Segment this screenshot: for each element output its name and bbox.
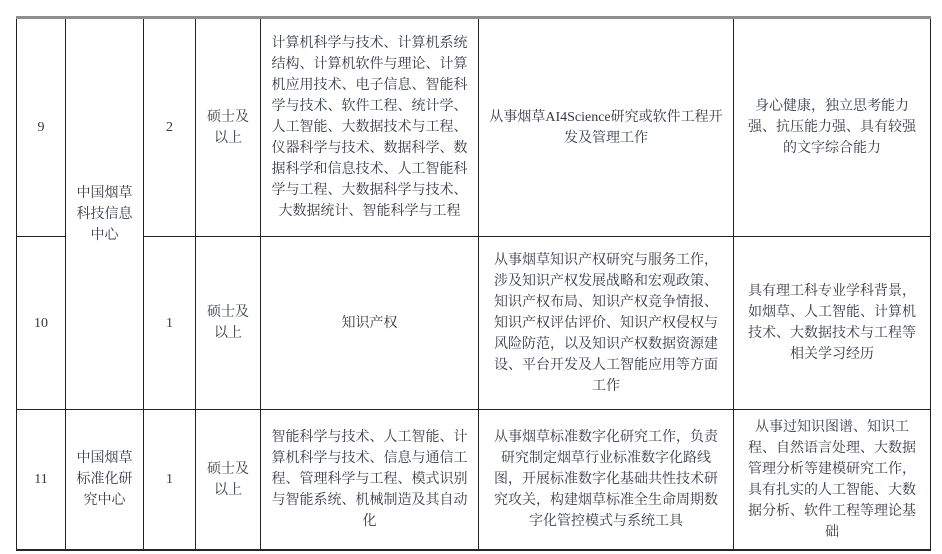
page-background: 9 中国烟草科技信息中心 2 硕士及以上 计算机科学与技术、计算机系统结构、计算… bbox=[0, 0, 942, 554]
duties-cell: 从事烟草AI4Science研究或软件工程开发及管理工作 bbox=[479, 18, 734, 237]
duties-cell: 从事烟草知识产权研究与服务工作，涉及知识产权发展战略和宏观政策、知识产权布局、知… bbox=[479, 237, 734, 410]
row-number-cell: 9 bbox=[17, 18, 66, 237]
org-cell: 中国烟草标准化研究中心 bbox=[66, 410, 144, 551]
majors-cell: 计算机科学与技术、计算机系统结构、计算机软件与理论、计算机应用技术、电子信息、智… bbox=[261, 18, 479, 237]
table-row: 11 中国烟草标准化研究中心 1 硕士及以上 智能科学与技术、人工智能、计算机科… bbox=[17, 410, 931, 551]
row-number-cell: 11 bbox=[17, 410, 66, 551]
headcount-cell: 1 bbox=[144, 237, 196, 410]
table-row: 10 1 硕士及以上 知识产权 从事烟草知识产权研究与服务工作，涉及知识产权发展… bbox=[17, 237, 931, 410]
headcount-cell: 1 bbox=[144, 410, 196, 551]
row-number-cell: 10 bbox=[17, 237, 66, 410]
majors-cell: 智能科学与技术、人工智能、计算机科学与技术、信息与通信工程、管理科学与工程、模式… bbox=[261, 410, 479, 551]
requirements-cell: 身心健康，独立思考能力强、抗压能力强、具有较强的文字综合能力 bbox=[734, 18, 931, 237]
requirements-cell: 从事过知识图谱、知识工程、自然语言处理、大数据管理分析等建模研究工作，具有扎实的… bbox=[734, 410, 931, 551]
table-row: 9 中国烟草科技信息中心 2 硕士及以上 计算机科学与技术、计算机系统结构、计算… bbox=[17, 18, 931, 237]
org-cell: 中国烟草科技信息中心 bbox=[66, 18, 144, 410]
duties-cell: 从事烟草标准数字化研究工作，负责研究制定烟草行业标准数字化路线图，开展标准数字化… bbox=[479, 410, 734, 551]
headcount-cell: 2 bbox=[144, 18, 196, 237]
education-cell: 硕士及以上 bbox=[196, 18, 261, 237]
education-cell: 硕士及以上 bbox=[196, 410, 261, 551]
majors-cell: 知识产权 bbox=[261, 237, 479, 410]
recruitment-positions-table: 9 中国烟草科技信息中心 2 硕士及以上 计算机科学与技术、计算机系统结构、计算… bbox=[16, 16, 931, 551]
requirements-cell: 具有理工科专业学科背景，如烟草、人工智能、计算机技术、大数据技术与工程等相关学习… bbox=[734, 237, 931, 410]
education-cell: 硕士及以上 bbox=[196, 237, 261, 410]
